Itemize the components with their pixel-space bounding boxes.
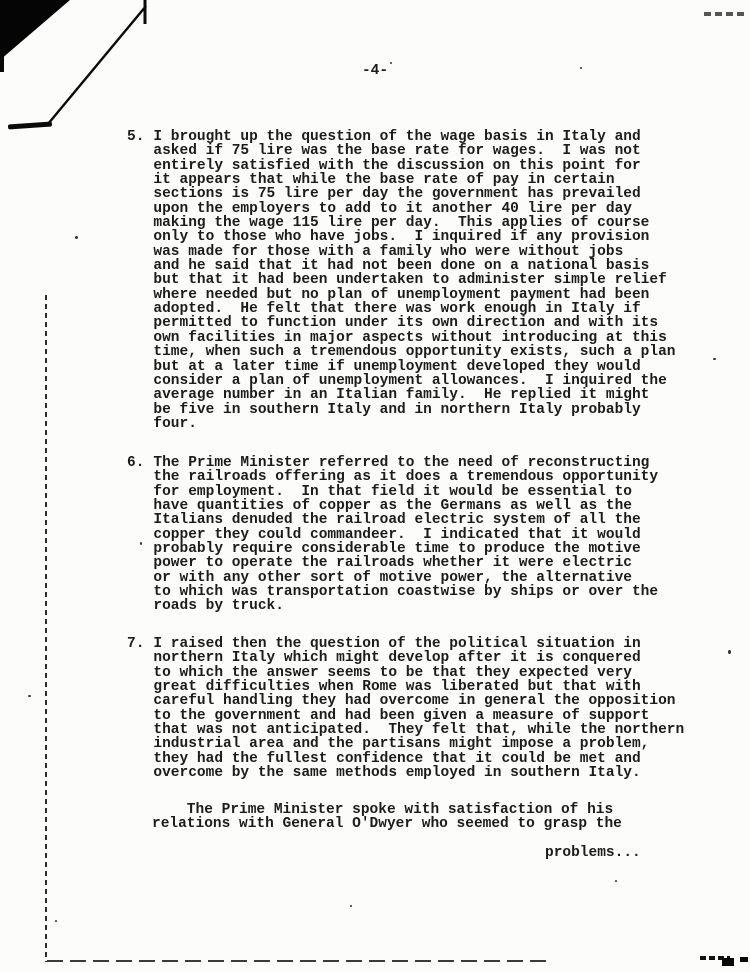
paragraph-6-text: The Prime Minister referred to the need … — [153, 456, 658, 614]
scan-top-right-mark — [704, 12, 744, 16]
scan-left-edge-line — [45, 295, 47, 962]
scan-bottom-right-mark — [722, 958, 734, 966]
scan-speck — [615, 880, 617, 882]
page-number: -4- — [0, 64, 750, 78]
paragraph-7: 7. I raised then the question of the pol… — [127, 637, 684, 780]
scan-speck — [713, 358, 716, 360]
scan-corner-fold-artifact — [0, 0, 70, 60]
closing-paragraph: The Prime Minister spoke with satisfacti… — [152, 803, 622, 832]
scanned-document-page: -4- 5. I brought up the question of the … — [0, 0, 750, 972]
paragraph-6: 6. The Prime Minister referred to the ne… — [127, 456, 658, 614]
paragraph-5: 5. I brought up the question of the wage… — [127, 130, 676, 431]
scan-fold-edge-mark — [8, 121, 52, 129]
scan-speck — [728, 650, 731, 654]
scan-speck — [28, 695, 31, 697]
scan-speck — [75, 236, 78, 239]
scan-bottom-right-mark — [740, 957, 748, 962]
paragraph-5-number: 5. — [127, 130, 144, 431]
paragraph-5-text: I brought up the question of the wage ba… — [153, 130, 675, 431]
paragraph-7-text: I raised then the question of the politi… — [153, 637, 684, 780]
scan-speck — [55, 920, 57, 922]
paragraph-7-number: 7. — [127, 637, 144, 780]
scan-speck — [350, 905, 352, 907]
scan-bottom-edge-line — [47, 960, 547, 962]
paragraph-6-number: 6. — [127, 456, 144, 614]
catchword: problems... — [545, 846, 641, 860]
